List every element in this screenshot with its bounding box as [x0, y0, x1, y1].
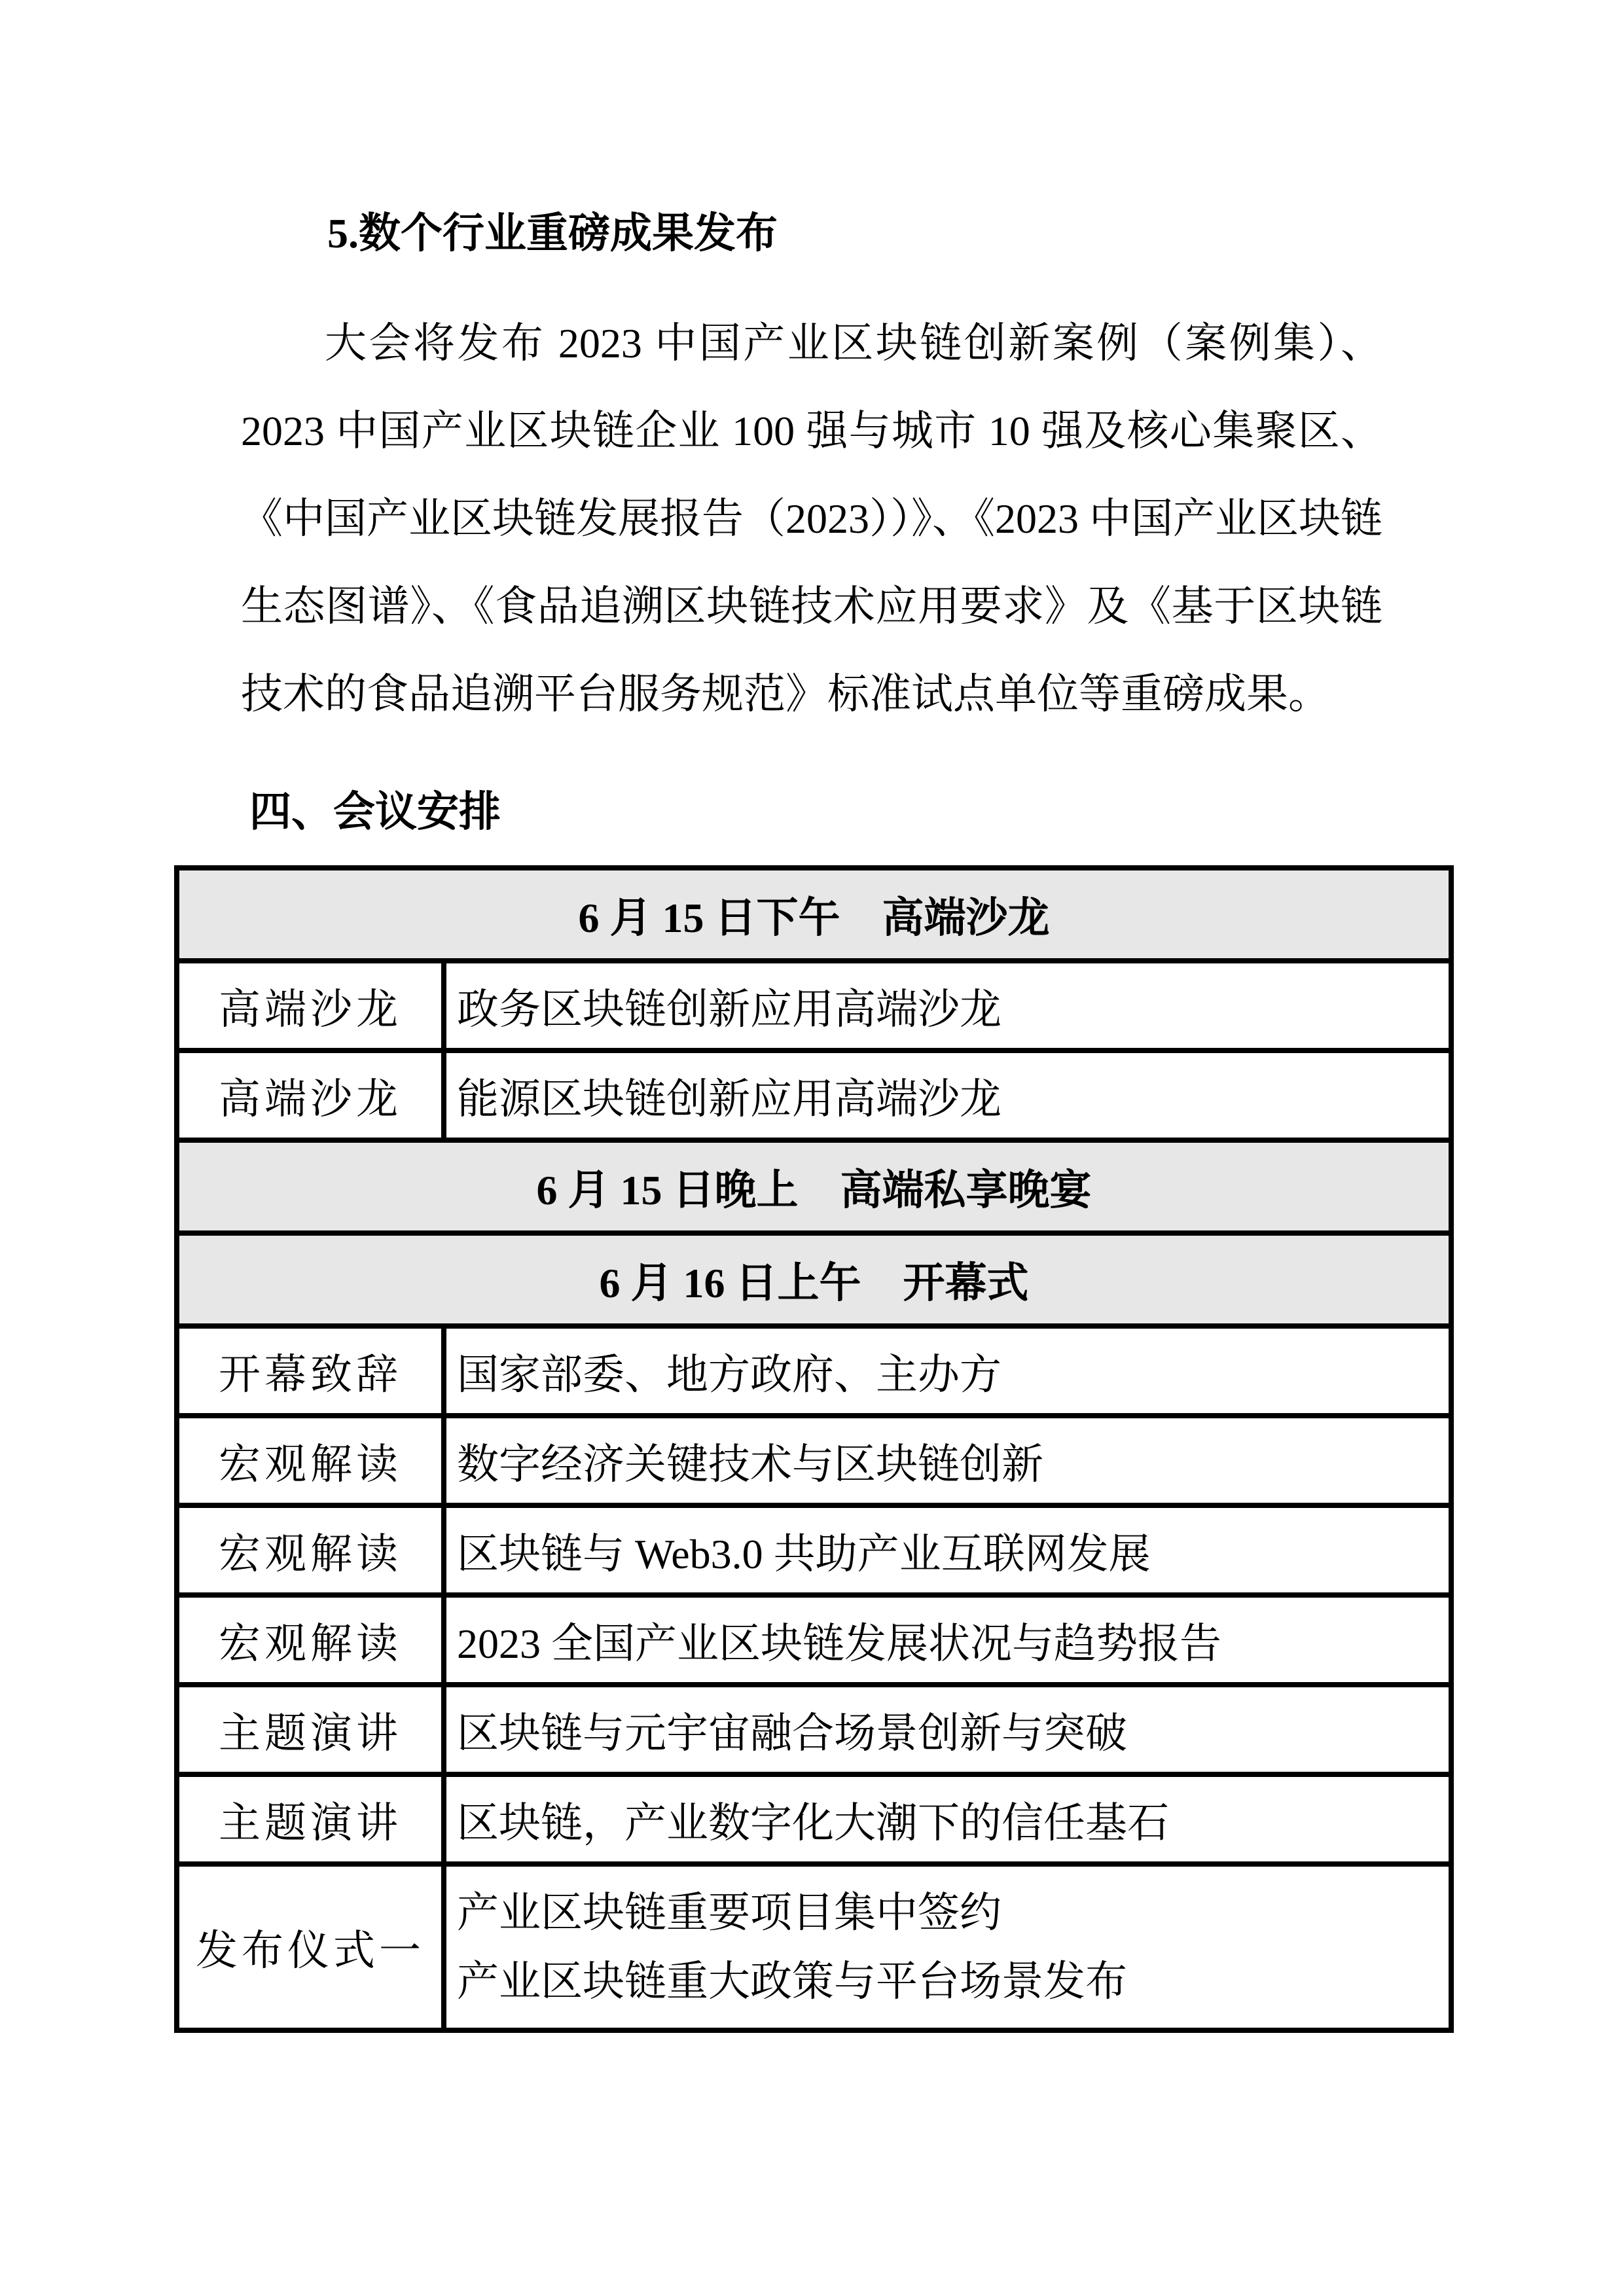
- schedule-content-cell: 2023 全国产业区块链发展状况与趋势报告: [444, 1595, 1451, 1685]
- schedule-section-row: 6 月 15 日下午 高端沙龙: [177, 868, 1451, 961]
- schedule-content-line: 产业区块链重大政策与平台场景发布: [457, 1947, 1448, 2016]
- schedule-row: 宏观解读数字经济关键技术与区块链创新: [177, 1416, 1451, 1505]
- schedule-content-cell: 国家部委、地方政府、主办方: [444, 1326, 1451, 1416]
- schedule-content-line: 产业区块链重要项目集中签约: [457, 1878, 1448, 1947]
- schedule-row: 高端沙龙政务区块链创新应用高端沙龙: [177, 961, 1451, 1050]
- schedule-category-cell: 高端沙龙: [177, 1050, 444, 1140]
- schedule-category-cell: 主题演讲: [177, 1774, 444, 1864]
- document-page: 5.数个行业重磅成果发布 大会将发布 2023 中国产业区块链创新案例（案例集）…: [0, 0, 1624, 2296]
- schedule-section-label: 6 月 15 日晚上 高端私享晚宴: [177, 1140, 1451, 1233]
- schedule-section-row: 6 月 15 日晚上 高端私享晚宴: [177, 1140, 1451, 1233]
- schedule-content-cell: 数字经济关键技术与区块链创新: [444, 1416, 1451, 1505]
- schedule-category-cell: 发布仪式一: [177, 1864, 444, 2030]
- schedule-row: 高端沙龙能源区块链创新应用高端沙龙: [177, 1050, 1451, 1140]
- schedule-row: 宏观解读2023 全国产业区块链发展状况与趋势报告: [177, 1595, 1451, 1685]
- schedule-section-label: 6 月 16 日上午 开幕式: [177, 1233, 1451, 1326]
- schedule-content-cell: 区块链，产业数字化大潮下的信任基石: [444, 1774, 1451, 1864]
- section-5-paragraph: 大会将发布 2023 中国产业区块链创新案例（案例集）、2023 中国产业区块链…: [241, 300, 1382, 738]
- schedule-table-body: 6 月 15 日下午 高端沙龙高端沙龙政务区块链创新应用高端沙龙高端沙龙能源区块…: [177, 868, 1451, 2030]
- schedule-category-cell: 宏观解读: [177, 1416, 444, 1505]
- schedule-section-label: 6 月 15 日下午 高端沙龙: [177, 868, 1451, 961]
- schedule-table: 6 月 15 日下午 高端沙龙高端沙龙政务区块链创新应用高端沙龙高端沙龙能源区块…: [174, 865, 1454, 2033]
- schedule-category-cell: 高端沙龙: [177, 961, 444, 1050]
- schedule-row: 宏观解读区块链与 Web3.0 共助产业互联网发展: [177, 1505, 1451, 1595]
- schedule-row: 发布仪式一产业区块链重要项目集中签约产业区块链重大政策与平台场景发布: [177, 1864, 1451, 2030]
- section-4-heading: 四、会议安排: [249, 787, 1624, 838]
- schedule-content-cell: 政务区块链创新应用高端沙龙: [444, 961, 1451, 1050]
- schedule-category-cell: 开幕致辞: [177, 1326, 444, 1416]
- schedule-content-cell: 能源区块链创新应用高端沙龙: [444, 1050, 1451, 1140]
- schedule-category-cell: 宏观解读: [177, 1505, 444, 1595]
- schedule-category-cell: 主题演讲: [177, 1685, 444, 1774]
- schedule-category-cell: 宏观解读: [177, 1595, 444, 1685]
- schedule-row: 主题演讲区块链与元宇宙融合场景创新与突破: [177, 1685, 1451, 1774]
- schedule-content-cell: 产业区块链重要项目集中签约产业区块链重大政策与平台场景发布: [444, 1864, 1451, 2030]
- schedule-section-row: 6 月 16 日上午 开幕式: [177, 1233, 1451, 1326]
- schedule-row: 主题演讲区块链，产业数字化大潮下的信任基石: [177, 1774, 1451, 1864]
- schedule-row: 开幕致辞国家部委、地方政府、主办方: [177, 1326, 1451, 1416]
- schedule-content-cell: 区块链与元宇宙融合场景创新与突破: [444, 1685, 1451, 1774]
- section-5-heading: 5.数个行业重磅成果发布: [327, 0, 1624, 259]
- schedule-content-cell: 区块链与 Web3.0 共助产业互联网发展: [444, 1505, 1451, 1595]
